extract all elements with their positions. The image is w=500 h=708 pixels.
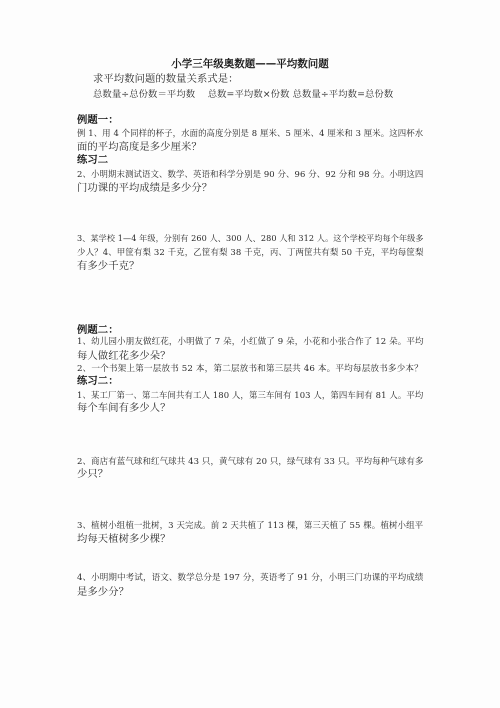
question3-line3: 有多少千克？ [77, 260, 423, 273]
section1-heading: 例题一： [77, 114, 423, 127]
example1-line1: 例 1、用 4 个同样的杯子，水面的高度分别是 8 厘米、5 厘米、4 厘米和 … [77, 127, 423, 140]
worksheet-page: 小学三年级奥数题——平均数问题 求平均数问题的数量关系式是： 总数量÷总份数＝平… [0, 0, 500, 708]
practice2-2-line2: 少只？ [77, 468, 423, 481]
example2-1-line1: 1、幼儿园小朋友做红花，小明做了 7 朵，小红做了 9 朵，小花和小张合作了 1… [77, 336, 423, 349]
practice-heading-2: 练习二： [77, 375, 423, 388]
example2-1-line2: 每人做红花多少朵？ [77, 350, 423, 363]
practice2-3-line2: 均每天植树多少棵？ [77, 533, 423, 546]
question3-line1: 3、某学校 1—4 年级，分别有 260 人、300 人、280 人和 312 … [77, 232, 423, 245]
intro-label: 求平均数问题的数量关系式是： [93, 73, 439, 86]
practice2-2-line1: 2、商店有蓝气球和红气球共 43 只，黄气球有 20 只，绿气球有 33 只。平… [77, 455, 423, 468]
practice2-4-line1: 4、小明期中考试，语文、数学总分是 197 分，英语考了 91 分，小明三门功课… [77, 572, 423, 585]
practice2-4-line2: 是多少分？ [77, 586, 423, 599]
practice2-1-line1: 1、某工厂第一、第二车间共有工人 180 人，第三车间有 103 人，第四车间有… [77, 389, 423, 402]
practice2-3-line1: 3、植树小组植一批树，3 天完成。前 2 天共植了 113 棵，第三天植了 55… [77, 519, 423, 532]
question3-line2: 少人？4、甲筐有梨 32 千克，乙筐有梨 38 千克，丙、丁两筐共有梨 50 千… [77, 246, 423, 259]
page-title: 小学三年级奥数题——平均数问题 [0, 56, 500, 71]
example1-line2: 面的平均高度是多少厘米？ [77, 141, 423, 154]
practice-heading-1: 练习二 [77, 154, 423, 167]
practice2-1-line2: 每个车间有多少人？ [77, 402, 423, 415]
intro-formulas: 总数量÷总份数＝平均数 总数=平均数×份数 总数量÷平均数=总份数 [93, 88, 393, 101]
question2-line1: 2、小明期末测试语文、数学、英语和科学分别是 90 分、96 分、92 分和 9… [77, 168, 423, 181]
question2-line2: 门功课的平均成绩是多少分？ [77, 182, 423, 195]
